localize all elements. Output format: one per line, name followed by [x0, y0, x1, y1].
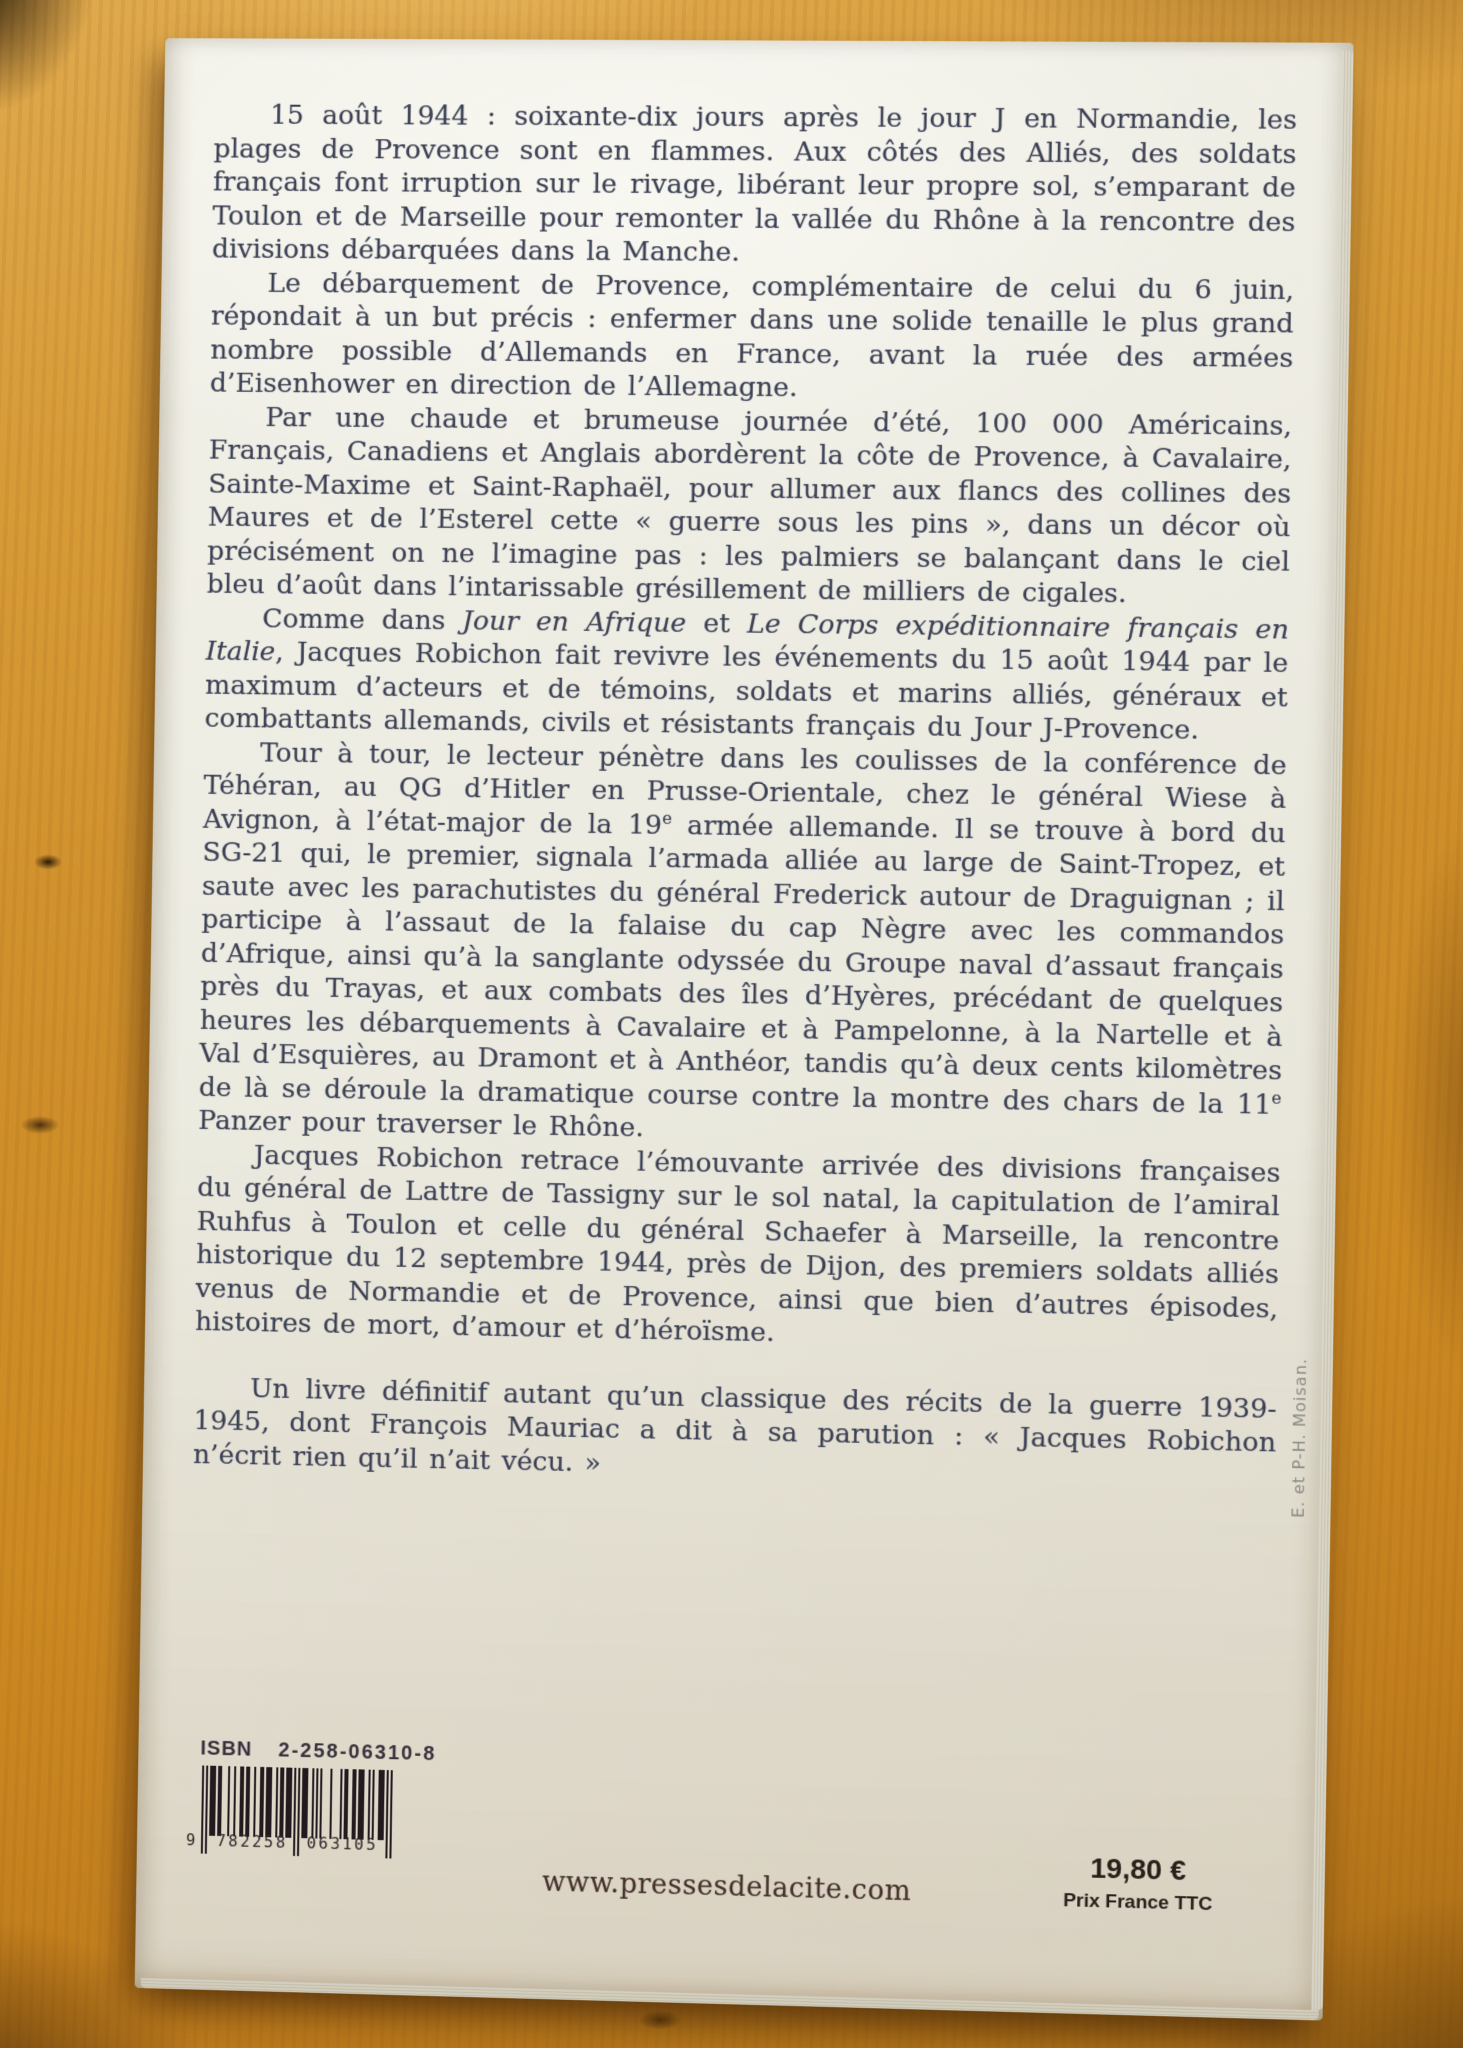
- book-back-cover: 15 août 1944 : soixante-dix jours après …: [135, 38, 1354, 2020]
- price-note: Prix France TTC: [1025, 1889, 1251, 1917]
- photo-wooden-table: 15 août 1944 : soixante-dix jours après …: [0, 0, 1463, 2048]
- page-edge-bottom: [141, 1978, 1319, 2020]
- paragraph: Tour à tour, le lecteur pénètre dans les…: [198, 735, 1287, 1156]
- paragraph: 15 août 1944 : soixante-dix jours après …: [212, 98, 1297, 273]
- price-block: 19,80 € Prix France TTC: [1025, 1851, 1251, 1918]
- isbn-label: ISBN: [200, 1737, 252, 1760]
- paragraph: Le débarquement de Provence, complémenta…: [210, 266, 1295, 409]
- synopsis: 15 août 1944 : soixante-dix jours après …: [193, 98, 1297, 1494]
- barcode-group-1: 782258: [211, 1832, 293, 1852]
- barcode-first-digit: 9: [185, 1831, 199, 1849]
- photo-credit: E. et P-H. Moisan.: [1288, 1284, 1311, 1518]
- paragraph: Par une chaude et brumeuse journée d’été…: [206, 400, 1292, 613]
- paragraph: Comme dans Jour en Afrique et Le Corps e…: [204, 601, 1289, 748]
- barcode-group-2: 063105: [301, 1834, 384, 1854]
- paragraph: Jacques Robichon retrace l’émouvante arr…: [195, 1137, 1281, 1359]
- price: 19,80 €: [1025, 1851, 1251, 1889]
- page-edge-right: [1311, 51, 1353, 2011]
- isbn-number: 2-258-06310-8: [278, 1739, 436, 1765]
- isbn-line: ISBN2-258-06310-8: [200, 1737, 436, 1766]
- paragraph: Un livre définitif autant qu’un classiqu…: [193, 1370, 1277, 1494]
